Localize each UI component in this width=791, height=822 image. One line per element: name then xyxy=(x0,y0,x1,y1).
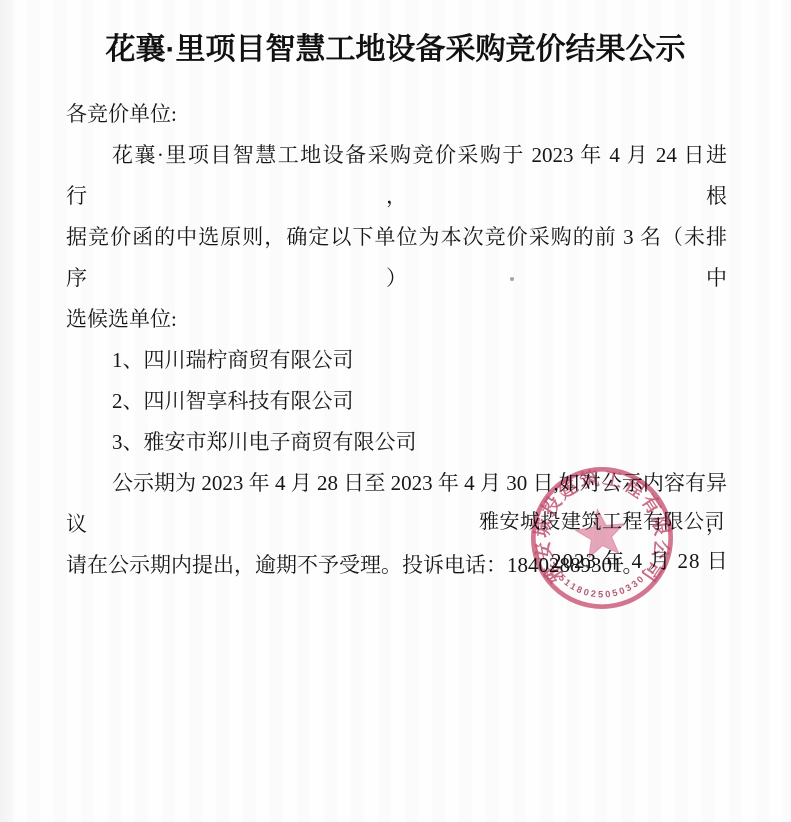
seal-star xyxy=(573,506,628,559)
winner-item-2: 2、四川智享科技有限公司 xyxy=(112,381,727,422)
salutation: 各竞价单位: xyxy=(66,94,727,135)
winner-item-1: 1、四川瑞柠商贸有限公司 xyxy=(112,340,727,381)
paragraph1-line1: 花襄·里项目智慧工地设备采购竞价采购于 2023 年 4 月 24 日进行，根 xyxy=(66,135,727,217)
paragraph1-line2: 据竞价函的中选原则，确定以下单位为本次竞价采购的前 3 名（未排序）中 xyxy=(66,217,727,299)
document-title: 花襄·里项目智慧工地设备采购竞价结果公示 xyxy=(0,24,791,68)
document-page: 花襄·里项目智慧工地设备采购竞价结果公示 各竞价单位: 花襄·里项目智慧工地设备… xyxy=(0,0,791,822)
official-seal: 雅安城投建筑工程有限公司 5118025050330 xyxy=(520,456,684,620)
paragraph1-line3: 选候选单位: xyxy=(66,299,727,340)
seal-serial-number: 5118025050330 xyxy=(557,573,648,600)
scan-speck xyxy=(510,277,514,281)
